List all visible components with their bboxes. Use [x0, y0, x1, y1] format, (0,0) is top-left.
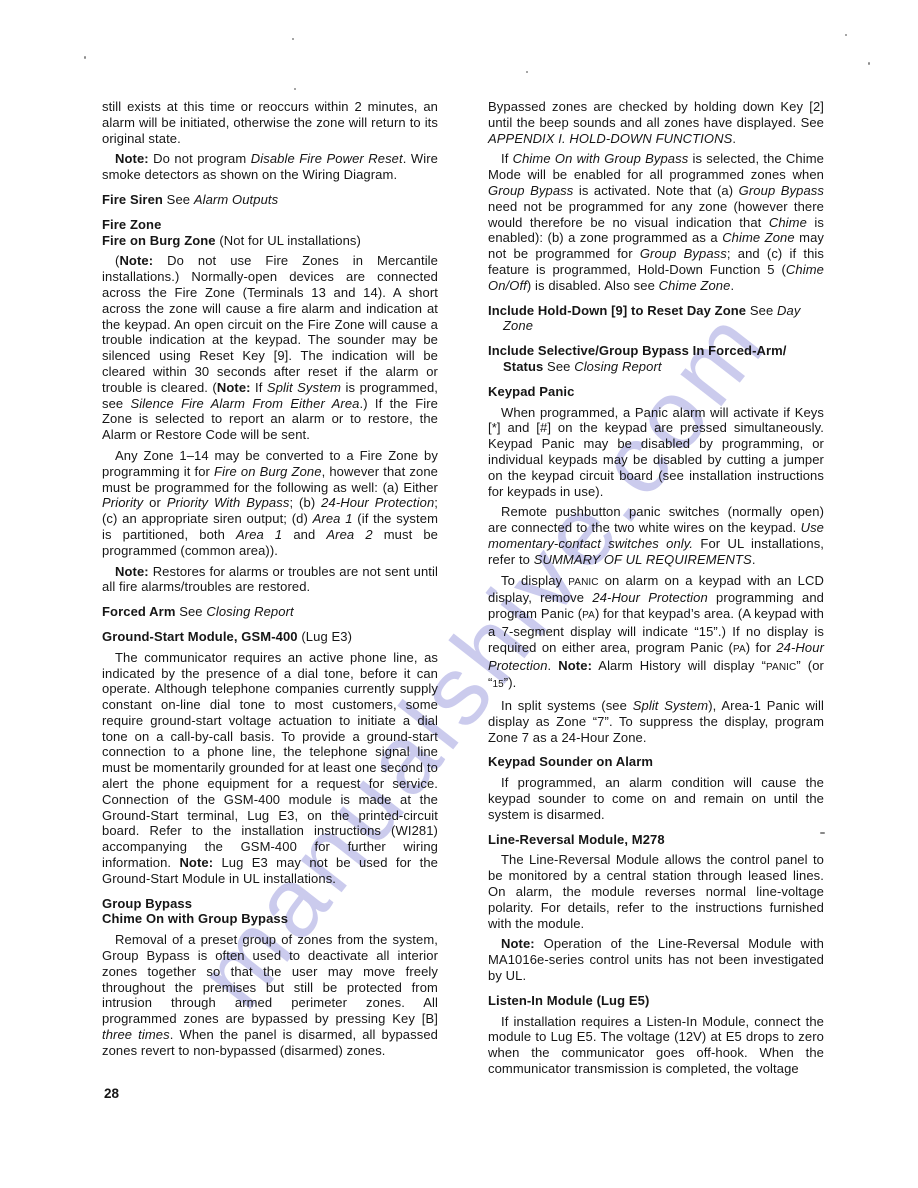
text-run: Chime On with Group Bypass	[102, 911, 288, 926]
text-run: If installation requires a Listen-In Mod…	[488, 1014, 824, 1076]
text-run: Do not program	[149, 151, 251, 166]
text-run: Forced Arm	[102, 604, 175, 619]
text-run: Fire Zone	[102, 217, 161, 232]
text-run: Do not use Fire Zones in Mercantile inst…	[102, 253, 438, 394]
text-run: Line-Reversal Module, M278	[488, 832, 665, 847]
text-run: Ground-Start Module, GSM-400	[102, 629, 298, 644]
text-run: Note:	[115, 564, 149, 579]
paragraph: In split systems (see Split System), Are…	[488, 698, 824, 745]
paragraph: Note: Operation of the Line-Reversal Mod…	[488, 936, 824, 983]
paragraph: Remote pushbutton panic switches (normal…	[488, 504, 824, 567]
text-run: and	[282, 527, 326, 542]
text-run: PANIC	[766, 662, 796, 673]
section-heading: Listen-In Module (Lug E5)	[488, 993, 824, 1009]
text-run: .	[548, 658, 559, 673]
text-run: Chime Zone	[659, 278, 731, 293]
text-run: 15	[492, 679, 503, 690]
text-run: Note:	[119, 253, 153, 268]
paragraph: The Line-Reversal Module allows the cont…	[488, 852, 824, 931]
paragraph: When programmed, a Panic alarm will acti…	[488, 405, 824, 500]
scan-speck	[294, 88, 296, 90]
text-run: If	[251, 380, 267, 395]
scan-speck	[526, 71, 528, 73]
text-run: ) is disabled. Also see	[527, 278, 659, 293]
paragraph: If Chime On with Group Bypass is selecte…	[488, 151, 824, 293]
section-heading: Forced Arm See Closing Report	[102, 604, 438, 620]
text-run: When programmed, a Panic alarm will acti…	[488, 405, 824, 499]
text-run: Group Bypass	[488, 183, 573, 198]
text-run: Fire on Burg Zone	[102, 233, 216, 248]
section-heading: Include Selective/Group Bypass In Forced…	[488, 343, 824, 375]
text-run: See	[163, 192, 194, 207]
text-run: ”).	[504, 675, 517, 690]
text-run: Note:	[558, 658, 592, 673]
text-run: The Line-Reversal Module allows the cont…	[488, 852, 824, 930]
text-run: Priority With Bypass	[167, 495, 290, 510]
text-run: Include Hold-Down [9] to Reset Day Zone	[488, 303, 746, 318]
text-run: Group Bypass	[102, 896, 192, 911]
text-run: is activated. Note that (a)	[573, 183, 738, 198]
section-heading: Keypad Panic	[488, 384, 824, 400]
text-run: ) for	[746, 640, 777, 655]
paragraph: (Note: Do not use Fire Zones in Mercanti…	[102, 253, 438, 443]
text-run: The communicator requires an active phon…	[102, 650, 438, 870]
text-run: SUMMARY OF UL REQUIREMENTS	[534, 552, 752, 567]
text-run: In split systems (see	[501, 698, 633, 713]
text-run: .	[752, 552, 756, 567]
text-run: Note:	[217, 380, 251, 395]
text-run: Operation of the Line-Reversal Module wi…	[488, 936, 824, 983]
text-run: See	[543, 359, 574, 374]
page-number: 28	[104, 1086, 119, 1101]
text-run: Area 2	[326, 527, 372, 542]
section-heading: Keypad Sounder on Alarm	[488, 754, 824, 770]
text-run: If	[501, 151, 513, 166]
paragraph: still exists at this time or reoccurs wi…	[102, 99, 438, 146]
scan-speck	[845, 34, 847, 36]
text-run: Alarm Outputs	[194, 192, 278, 207]
text-run: Restores for alarms or troubles are not …	[102, 564, 438, 595]
text-run: or	[143, 495, 167, 510]
paragraph: To display PANIC on alarm on a keypad wi…	[488, 573, 824, 694]
document-page: manualshive.com still exists at this tim…	[0, 0, 918, 1188]
text-run: Disable Fire Power Reset	[251, 151, 403, 166]
section-heading: Fire on Burg Zone (Not for UL installati…	[102, 233, 438, 249]
text-run: Priority	[102, 495, 143, 510]
text-run: Group Bypass	[640, 246, 727, 261]
text-run: Listen-In Module (Lug E5)	[488, 993, 649, 1008]
text-run: ; (b)	[289, 495, 321, 510]
text-run: See	[175, 604, 206, 619]
text-run: Note:	[179, 855, 213, 870]
text-run: .	[732, 131, 736, 146]
text-run: If programmed, an alarm condition will c…	[488, 775, 824, 822]
text-run: PANIC	[568, 577, 598, 588]
section-heading: Group Bypass	[102, 896, 438, 912]
text-run: Chime Zone	[722, 230, 795, 245]
text-run: Chime	[769, 215, 807, 230]
text-run: (Lug E3)	[298, 629, 352, 644]
text-run: 24-Hour Protection	[321, 495, 434, 510]
text-run: Group Bypass	[739, 183, 824, 198]
text-run: Removal of a preset group of zones from …	[102, 932, 438, 1026]
section-heading: Ground-Start Module, GSM-400 (Lug E3)	[102, 629, 438, 645]
text-run: Fire on Burg Zone	[214, 464, 322, 479]
page-columns: still exists at this time or reoccurs wi…	[102, 99, 824, 1077]
section-heading: Chime On with Group Bypass	[102, 911, 438, 927]
right-column: Bypassed zones are checked by holding do…	[488, 99, 824, 1077]
text-run: Split System	[633, 698, 708, 713]
paragraph: Removal of a preset group of zones from …	[102, 932, 438, 1058]
text-run: Area 1	[236, 527, 282, 542]
text-run: PA	[733, 644, 746, 655]
text-run: Silence Fire Alarm From Either Area	[131, 396, 360, 411]
paragraph: Note: Restores for alarms or troubles ar…	[102, 564, 438, 596]
text-run: .	[730, 278, 734, 293]
text-run: Remote pushbutton panic switches (normal…	[488, 504, 824, 535]
text-run: three times	[102, 1027, 170, 1042]
scan-speck	[84, 56, 86, 59]
paragraph: If programmed, an alarm condition will c…	[488, 775, 824, 822]
text-run: Closing Report	[574, 359, 661, 374]
section-heading: Fire Zone	[102, 217, 438, 233]
section-heading: Fire Siren See Alarm Outputs	[102, 192, 438, 208]
text-run: Keypad Panic	[488, 384, 574, 399]
paragraph: Bypassed zones are checked by holding do…	[488, 99, 824, 146]
paragraph: The communicator requires an active phon…	[102, 650, 438, 887]
text-run: Bypassed zones are checked by holding do…	[488, 99, 824, 130]
text-run: Split System	[267, 380, 341, 395]
text-run: See	[746, 303, 777, 318]
text-run: Alarm History will display “	[592, 658, 766, 673]
left-column: still exists at this time or reoccurs wi…	[102, 99, 438, 1077]
text-run: still exists at this time or reoccurs wi…	[102, 99, 438, 146]
section-heading: Line-Reversal Module, M278	[488, 832, 824, 848]
text-run: PA	[582, 610, 595, 621]
text-run: Note:	[501, 936, 535, 951]
text-run: To display	[501, 573, 568, 588]
text-run: Closing Report	[206, 604, 293, 619]
paragraph: If installation requires a Listen-In Mod…	[488, 1014, 824, 1077]
text-run: Chime On with Group Bypass	[513, 151, 689, 166]
text-run: APPENDIX I. HOLD-DOWN FUNCTIONS	[488, 131, 732, 146]
text-run: Area 1	[313, 511, 353, 526]
paragraph: Note: Do not program Disable Fire Power …	[102, 151, 438, 183]
section-heading: Include Hold-Down [9] to Reset Day Zone …	[488, 303, 824, 335]
text-run: (Not for UL installations)	[216, 233, 361, 248]
scan-speck	[868, 62, 870, 65]
text-run: Keypad Sounder on Alarm	[488, 754, 653, 769]
paragraph: Any Zone 1–14 may be converted to a Fire…	[102, 448, 438, 559]
scan-speck	[292, 38, 294, 40]
text-run: Fire Siren	[102, 192, 163, 207]
text-run: 24-Hour Protection	[592, 590, 707, 605]
text-run: Note:	[115, 151, 149, 166]
